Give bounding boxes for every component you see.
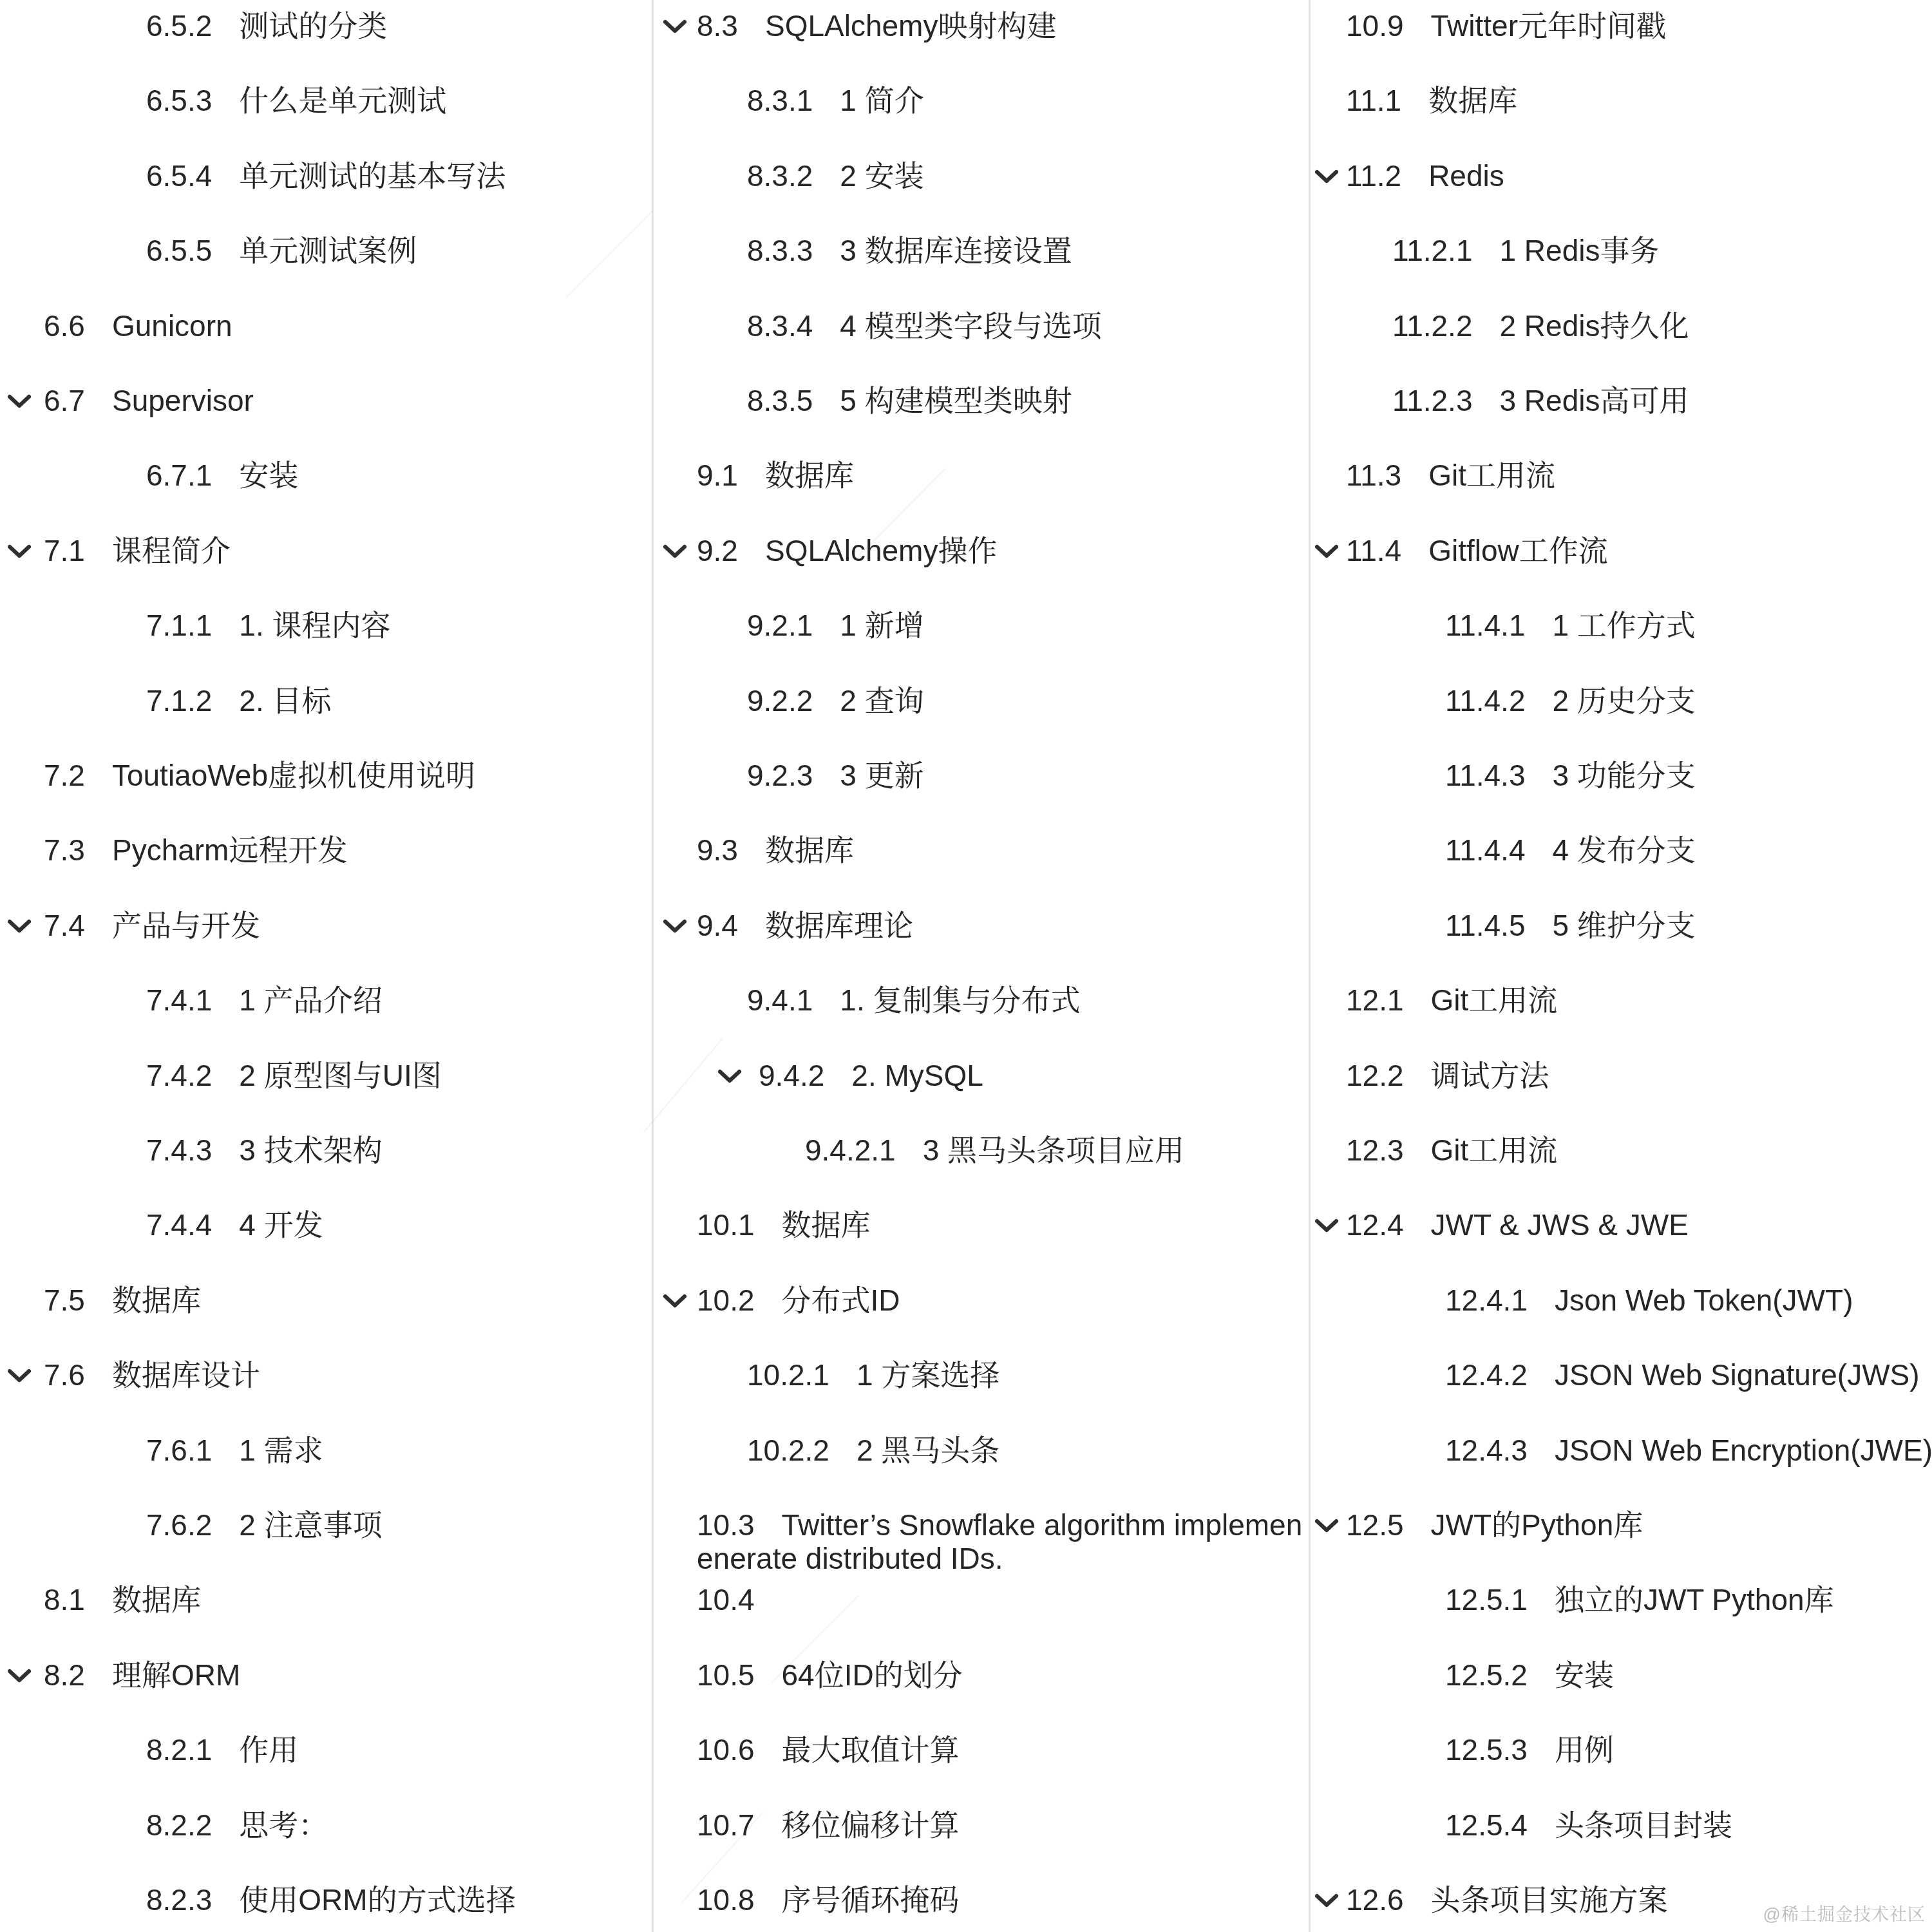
toc-item-title: 头条项目封装 [1555,1807,1732,1843]
toc-item-number: 9.3 [697,832,738,868]
toc-item-number: 9.4.1 [747,982,813,1018]
toc-item-title: JWT & JWS & JWE [1431,1207,1689,1243]
toc-item[interactable]: 9.2.33 更新 [747,757,924,793]
toc-item[interactable]: 12.5.4头条项目封装 [1445,1807,1732,1843]
toc-item-number: 7.1.1 [146,607,212,643]
toc-item-title: 2 Redis持久化 [1499,308,1689,344]
toc-item-number: 12.5.4 [1445,1807,1528,1843]
toc-item-title: 1 需求 [239,1432,323,1468]
toc-item[interactable]: 9.4.22. MySQL [759,1057,983,1094]
toc-item[interactable]: 10.3Twitter’s Snowflake algorithm implem… [697,1508,1306,1575]
toc-item-title: 单元测试的基本写法 [239,158,506,194]
toc-item-title: 3 技术架构 [239,1132,382,1168]
toc-item-number: 12.5.1 [1445,1582,1528,1618]
toc-item-number: 7.6.1 [146,1432,212,1468]
toc-item[interactable]: 6.5.4单元测试的基本写法 [146,158,506,194]
toc-item-number: 12.4.2 [1445,1357,1528,1393]
toc-item-title: 2. 目标 [239,683,331,719]
toc-item[interactable]: 8.3.11 简介 [747,82,924,118]
chevron-down-icon[interactable] [8,544,31,558]
toc-item-number: 7.4.1 [146,982,212,1018]
toc-item-title: 5 构建模型类映射 [840,383,1072,419]
toc-item[interactable]: 6.7Supervisor [44,383,254,419]
toc-item-title: 2 历史分支 [1552,683,1695,719]
toc-item[interactable]: 7.1.22. 目标 [146,683,331,719]
chevron-down-icon[interactable] [1315,169,1338,184]
toc-item[interactable]: 8.3SQLAlchemy映射构建 [697,8,1056,44]
toc-item-title: Gunicorn [112,308,232,344]
toc-item-title: 2 查询 [840,683,923,719]
toc-item-title: Gitflow工作流 [1428,533,1608,569]
toc-item-number: 12.5.3 [1445,1732,1528,1768]
toc-item-title: JWT的Python库 [1431,1507,1643,1543]
toc-item-number: 6.5.3 [146,82,212,118]
toc-item-number: 12.5.2 [1445,1657,1528,1693]
toc-item[interactable]: 11.3Git工用流 [1346,457,1555,493]
toc-item-number: 8.2.1 [146,1732,212,1768]
toc-item-title: JSON Web Encryption(JWE) [1555,1432,1932,1468]
toc-item[interactable]: 10.8序号循环掩码 [697,1882,960,1918]
toc-item-title: 1 简介 [840,82,923,118]
toc-item[interactable]: 7.4.11 产品介绍 [146,982,383,1018]
toc-item-title: 数据库理论 [765,907,913,943]
toc-item-number: 8.2 [44,1657,85,1693]
toc-item-title: 3 更新 [840,757,923,793]
toc-item[interactable]: 7.1.11. 课程内容 [146,607,390,643]
toc-item[interactable]: 7.6数据库设计 [44,1357,260,1393]
toc-item-title: Git工用流 [1431,1132,1558,1168]
toc-item-title: 单元测试案例 [239,232,417,269]
toc-item-title: 作用 [239,1732,298,1768]
toc-item[interactable]: 12.4.2JSON Web Signature(JWS) [1445,1357,1920,1393]
toc-item-number: 12.2 [1346,1057,1404,1094]
toc-item-number: 6.5.5 [146,232,212,269]
toc-item[interactable]: 8.2.3使用ORM的方式选择 [146,1882,516,1918]
toc-item[interactable]: 11.4.44 发布分支 [1445,832,1696,868]
toc-item-title: 3 功能分支 [1552,757,1695,793]
toc-item-title: 4 发布分支 [1552,832,1695,868]
toc-item-title: Git工用流 [1428,457,1555,493]
toc-item-title: 安装 [239,457,298,493]
toc-item-number: 9.2 [697,533,738,569]
toc-item[interactable]: 12.3Git工用流 [1346,1132,1557,1168]
toc-item-number: 9.2.3 [747,757,813,793]
toc-item[interactable]: 11.4Gitflow工作流 [1346,533,1608,569]
toc-item-title: 1 工作方式 [1552,607,1695,643]
toc-item-title: 3 黑马头条项目应用 [923,1132,1184,1168]
toc-item-title: Twitter’s Snowflake algorithm implemen [782,1508,1303,1542]
toc-item-number: 9.4.2.1 [805,1132,896,1168]
toc-item-title: 3 数据库连接设置 [840,232,1072,269]
toc-item[interactable]: 7.6.11 需求 [146,1432,323,1468]
toc-item-number: 7.4 [44,907,85,943]
toc-item[interactable]: 11.4.11 工作方式 [1445,607,1696,643]
toc-item[interactable]: 11.4.55 维护分支 [1445,907,1696,943]
toc-item-title: 测试的分类 [239,8,387,44]
toc-item[interactable]: 7.1课程简介 [44,533,231,569]
toc-item[interactable]: 9.2.11 新增 [747,607,924,643]
chevron-down-icon[interactable] [8,919,31,933]
toc-item-title: Supervisor [112,383,254,419]
toc-item-title: 数据库 [782,1207,871,1243]
toc-item[interactable]: 12.5.3用例 [1445,1732,1614,1768]
toc-item-number: 11.2.1 [1392,232,1472,269]
table-of-contents: 6.5.2测试的分类6.5.3什么是单元测试6.5.4单元测试的基本写法6.5.… [0,0,1932,1932]
toc-item-number: 11.2 [1346,158,1401,194]
toc-item-number: 7.1.2 [146,683,212,719]
toc-item[interactable]: 8.2.2思考： [146,1807,328,1843]
toc-item-number: 7.2 [44,757,85,793]
toc-item[interactable]: 12.2调试方法 [1346,1057,1549,1094]
toc-item[interactable]: 12.6头条项目实施方案 [1346,1882,1668,1918]
toc-item-number: 12.5 [1346,1507,1404,1543]
toc-item-number: 10.7 [697,1807,755,1843]
toc-item[interactable]: 12.5JWT的Python库 [1346,1507,1643,1543]
chevron-down-icon[interactable] [663,19,687,33]
toc-item[interactable]: 10.4 [697,1582,782,1618]
toc-item-number: 7.6.2 [146,1507,212,1543]
toc-item-title: 5 维护分支 [1552,907,1695,943]
toc-item-title: 2 安装 [840,158,923,194]
toc-item-title: Pycharm远程开发 [112,832,347,868]
toc-item-title: Json Web Token(JWT) [1555,1282,1853,1318]
toc-item-title: Git工用流 [1431,982,1558,1018]
toc-item[interactable]: 10.1数据库 [697,1207,871,1243]
toc-item-title: 数据库设计 [112,1357,260,1393]
toc-item[interactable]: 12.4JWT & JWS & JWE [1346,1207,1689,1243]
toc-item[interactable]: 9.4数据库理论 [697,907,913,943]
toc-item[interactable]: 10.2分布式ID [697,1282,900,1318]
toc-item-number: 11.2.2 [1392,308,1472,344]
toc-item-title: ToutiaoWeb虚拟机使用说明 [112,757,475,793]
toc-item-number: 11.4 [1346,533,1401,569]
toc-item-number: 11.1 [1346,82,1401,118]
site-watermark: @稀土掘金技术社区 [1763,1900,1926,1926]
toc-item-title: 1 新增 [840,607,923,643]
toc-item[interactable]: 8.3.22 安装 [747,158,924,194]
toc-item-title: JSON Web Signature(JWS) [1555,1357,1920,1393]
toc-item-number: 10.2.1 [747,1357,829,1393]
toc-item-number: 10.3 [697,1508,755,1542]
toc-item-title: 1 产品介绍 [239,982,382,1018]
toc-item[interactable]: 9.3数据库 [697,832,854,868]
toc-item-title: 数据库 [112,1582,201,1618]
toc-item[interactable]: 9.4.2.13 黑马头条项目应用 [805,1132,1184,1168]
toc-item-title: 课程简介 [112,533,231,569]
toc-item-number: 9.4.2 [759,1057,824,1094]
toc-item-title: 使用ORM的方式选择 [239,1882,515,1918]
toc-item-number: 7.4.3 [146,1132,212,1168]
toc-item-number: 11.4.4 [1445,832,1525,868]
toc-item[interactable]: 11.1数据库 [1346,82,1517,118]
toc-item-number: 7.4.4 [146,1207,212,1243]
toc-item-number: 12.6 [1346,1882,1404,1918]
toc-item-title: 产品与开发 [112,907,260,943]
toc-item-number: 10.2.2 [747,1432,829,1468]
toc-item-title: 最大取值计算 [782,1732,960,1768]
toc-item-title: 4 开发 [239,1207,323,1243]
toc-item-title: 序号循环掩码 [782,1882,960,1918]
toc-item[interactable]: 7.3Pycharm远程开发 [44,832,347,868]
toc-item[interactable]: 6.5.5单元测试案例 [146,232,417,269]
toc-item[interactable]: 11.4.33 功能分支 [1445,757,1696,793]
toc-item-number: 8.2.3 [146,1882,212,1918]
toc-item[interactable]: 7.6.22 注意事项 [146,1507,383,1543]
toc-item-number: 12.4.3 [1445,1432,1528,1468]
toc-item[interactable]: 6.6Gunicorn [44,308,232,344]
toc-item[interactable]: 11.2Redis [1346,158,1504,194]
chevron-down-icon[interactable] [663,1294,687,1308]
toc-item[interactable]: 8.2.1作用 [146,1732,298,1768]
chevron-down-icon[interactable] [718,1069,741,1083]
toc-item[interactable]: 10.564位ID的划分 [697,1657,963,1693]
toc-item[interactable]: 7.4.22 原型图与UI图 [146,1057,442,1094]
toc-item-number: 7.3 [44,832,85,868]
toc-item-number: 10.8 [697,1882,755,1918]
toc-item[interactable]: 9.2.22 查询 [747,683,924,719]
toc-item[interactable]: 10.2.22 黑马头条 [747,1432,999,1468]
toc-item-number: 10.2 [697,1282,755,1318]
toc-item-title: 64位ID的划分 [782,1657,963,1693]
toc-item[interactable]: 10.9Twitter元年时间戳 [1346,8,1666,44]
toc-item[interactable]: 8.3.55 构建模型类映射 [747,383,1072,419]
toc-item[interactable]: 12.1Git工用流 [1346,982,1557,1018]
toc-item-title: 2. MySQL [851,1057,983,1094]
toc-item-title: 安装 [1555,1657,1614,1693]
toc-item-number: 11.4.2 [1445,683,1525,719]
toc-item-number: 10.6 [697,1732,755,1768]
toc-item[interactable]: 6.5.2测试的分类 [146,8,387,44]
toc-item-number: 7.6 [44,1357,85,1393]
toc-item-number: 11.4.5 [1445,907,1525,943]
toc-item-title: 头条项目实施方案 [1431,1882,1668,1918]
column-divider-left [652,0,654,1932]
chevron-down-icon[interactable] [1315,1519,1338,1533]
toc-item-number: 11.2.3 [1392,383,1472,419]
toc-item-title: 1 方案选择 [857,1357,999,1393]
toc-item-number: 7.5 [44,1282,85,1318]
toc-item-number: 7.4.2 [146,1057,212,1094]
toc-item-number: 8.3.4 [747,308,813,344]
toc-item[interactable]: 12.5.1独立的JWT Python库 [1445,1582,1834,1618]
toc-item[interactable]: 12.4.3JSON Web Encryption(JWE) [1445,1432,1932,1468]
toc-item[interactable]: 8.1数据库 [44,1582,201,1618]
toc-item[interactable]: 9.1数据库 [697,457,854,493]
toc-item-number: 6.7 [44,383,85,419]
toc-item[interactable]: 12.5.2安装 [1445,1657,1614,1693]
chevron-down-icon[interactable] [8,1368,31,1383]
toc-item-number: 11.4.1 [1445,607,1525,643]
toc-item[interactable]: 7.5数据库 [44,1282,201,1318]
toc-item-title: 数据库 [765,832,854,868]
toc-item-title: 3 Redis高可用 [1499,383,1689,419]
toc-item[interactable]: 10.2.11 方案选择 [747,1357,999,1393]
toc-item-title: 什么是单元测试 [239,82,446,118]
toc-item[interactable]: 7.4产品与开发 [44,907,260,943]
toc-item-title: 数据库 [112,1282,201,1318]
toc-item[interactable]: 9.2SQLAlchemy操作 [697,533,997,569]
toc-item-number: 8.3.3 [747,232,813,269]
toc-item-number: 6.5.4 [146,158,212,194]
toc-item-title: SQLAlchemy操作 [765,533,997,569]
toc-item-title: 独立的JWT Python库 [1555,1582,1834,1618]
toc-item[interactable]: 11.2.33 Redis高可用 [1392,383,1689,419]
toc-item-title: 2 原型图与UI图 [239,1057,441,1094]
toc-item-title: 2 注意事项 [239,1507,382,1543]
toc-item-title: 2 黑马头条 [857,1432,999,1468]
toc-item-number: 10.9 [1346,8,1404,44]
toc-item[interactable]: 11.2.11 Redis事务 [1392,232,1659,269]
toc-item-title: 思考： [239,1807,328,1843]
toc-item-title: 1 Redis事务 [1499,232,1659,269]
toc-item[interactable]: 9.4.11. 复制集与分布式 [747,982,1080,1018]
toc-item-number: 12.4.1 [1445,1282,1528,1318]
toc-item-number: 6.5.2 [146,8,212,44]
toc-item-number: 9.1 [697,457,738,493]
toc-item-number: 10.4 [697,1582,755,1618]
toc-item-title: 1. 复制集与分布式 [840,982,1080,1018]
toc-item-number: 8.3.2 [747,158,813,194]
toc-item-title: 理解ORM [112,1657,240,1693]
toc-item-number: 8.3 [697,8,738,44]
toc-item-title: 调试方法 [1431,1057,1549,1094]
toc-item[interactable]: 8.3.44 模型类字段与选项 [747,308,1102,344]
toc-item-number: 6.7.1 [146,457,212,493]
toc-item-number: 8.1 [44,1582,85,1618]
toc-item[interactable]: 10.7移位偏移计算 [697,1807,960,1843]
toc-item[interactable]: 7.2ToutiaoWeb虚拟机使用说明 [44,757,475,793]
toc-item[interactable]: 11.2.22 Redis持久化 [1392,308,1689,344]
toc-item-title: 4 模型类字段与选项 [840,308,1101,344]
toc-item-number: 10.5 [697,1657,755,1693]
toc-item-number: 8.3.1 [747,82,813,118]
watermark-line [565,211,653,298]
toc-item-title: 数据库 [1428,82,1517,118]
toc-item-number: 12.4 [1346,1207,1404,1243]
toc-item[interactable]: 12.4.1Json Web Token(JWT) [1445,1282,1853,1318]
toc-item-number: 6.6 [44,308,85,344]
column-divider-right [1309,0,1311,1932]
toc-item-title: 分布式ID [782,1282,900,1318]
toc-item-number: 11.3 [1346,457,1401,493]
toc-item-title: 移位偏移计算 [782,1807,960,1843]
toc-item-title: Redis [1428,158,1504,194]
toc-item[interactable]: 6.5.3什么是单元测试 [146,82,446,118]
toc-item-title: Twitter元年时间戳 [1431,8,1666,44]
toc-item-title-line2: enerate distributed IDs. [697,1542,1306,1575]
chevron-down-icon[interactable] [1315,1218,1338,1233]
toc-item[interactable]: 6.7.1安装 [146,457,298,493]
toc-item[interactable]: 10.6最大取值计算 [697,1732,960,1768]
toc-item-number: 9.2.2 [747,683,813,719]
toc-item-number: 7.1 [44,533,85,569]
toc-item-number: 12.3 [1346,1132,1404,1168]
toc-item-number: 8.2.2 [146,1807,212,1843]
chevron-down-icon[interactable] [8,1669,31,1683]
toc-item-title: 1. 课程内容 [239,607,390,643]
toc-item[interactable]: 8.2理解ORM [44,1657,240,1693]
toc-item-title: 用例 [1555,1732,1614,1768]
chevron-down-icon[interactable] [8,394,31,408]
watermark-line [643,1038,723,1133]
toc-item-number: 12.1 [1346,982,1404,1018]
toc-item[interactable]: 7.4.44 开发 [146,1207,323,1243]
chevron-down-icon[interactable] [1315,544,1338,558]
chevron-down-icon[interactable] [1315,1893,1338,1908]
toc-item[interactable]: 11.4.22 历史分支 [1445,683,1696,719]
toc-item-number: 11.4.3 [1445,757,1525,793]
toc-item-title: 数据库 [765,457,854,493]
toc-item-number: 9.4 [697,907,738,943]
toc-item-title: SQLAlchemy映射构建 [765,8,1056,44]
chevron-down-icon[interactable] [663,919,687,933]
toc-item-number: 9.2.1 [747,607,813,643]
toc-item-number: 10.1 [697,1207,755,1243]
toc-item[interactable]: 7.4.33 技术架构 [146,1132,383,1168]
toc-item-number: 8.3.5 [747,383,813,419]
toc-item[interactable]: 8.3.33 数据库连接设置 [747,232,1072,269]
chevron-down-icon[interactable] [663,544,687,558]
